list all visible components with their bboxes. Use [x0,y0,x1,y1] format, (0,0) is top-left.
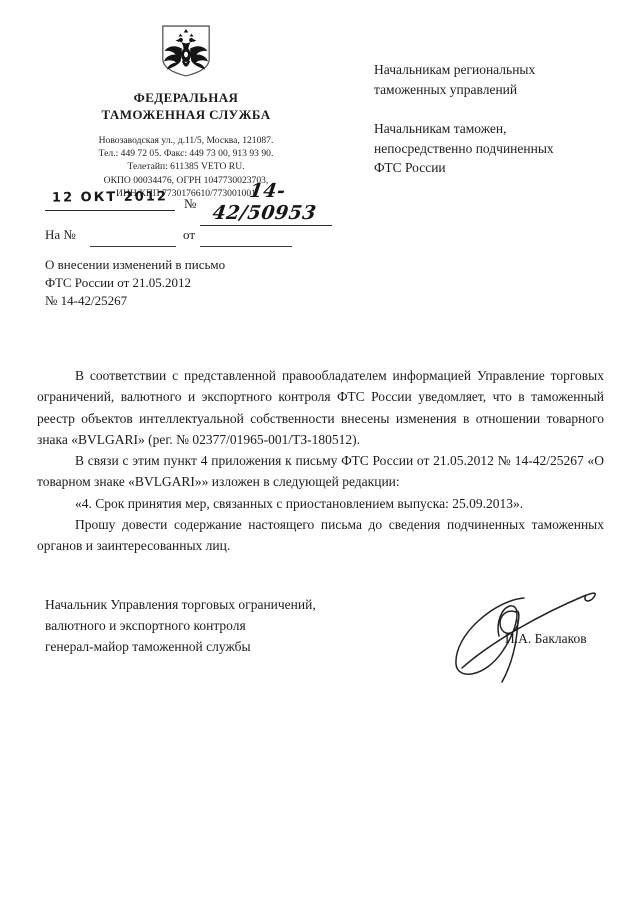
org-name-line1: ФЕДЕРАЛЬНАЯ [40,89,332,106]
signer-title-line: валютного и экспортного контроля [45,615,385,636]
reply-number-blank-line [90,246,176,247]
letter-body: В соответствии с представленной правообл… [37,365,604,557]
recipient-line: таможенных управлений [374,80,614,100]
date-stamp: 12 ОКТ 2012 [52,189,168,205]
body-paragraph: В соответствии с представленной правообл… [37,365,604,450]
signer-title-block: Начальник Управления торговых ограничени… [45,594,385,657]
reply-to-label: На № [45,227,76,243]
outgoing-number-handwritten: 14-42/50953 [197,180,335,224]
body-paragraph: Прошу довести содержание настоящего пись… [37,514,604,557]
outgoing-number-field: 14-42/50953 [200,180,332,226]
recipients-block: Начальникам региональных таможенных упра… [374,60,614,178]
address-line: Новозаводская ул., д.11/5, Москва, 12108… [40,134,332,147]
reply-from-label: от [183,227,195,243]
org-name-line2: ТАМОЖЕННАЯ СЛУЖБА [40,106,332,123]
recipient-line: ФТС России [374,158,614,178]
signer-name: П.А. Баклаков [505,631,587,647]
date-field: 12 ОКТ 2012 [45,188,175,211]
signer-title-line: генерал-майор таможенной службы [45,636,385,657]
letterhead: ФЕДЕРАЛЬНАЯ ТАМОЖЕННАЯ СЛУЖБА Новозаводс… [40,24,332,200]
recipient-line: Начальникам таможен, [374,119,614,139]
signer-title-line: Начальник Управления торговых ограничени… [45,594,385,615]
reply-date-blank-line [200,246,292,247]
official-letter-page: ФЕДЕРАЛЬНАЯ ТАМОЖЕННАЯ СЛУЖБА Новозаводс… [0,0,640,900]
subject-block: О внесении изменений в письмо ФТС России… [45,256,315,310]
subject-line: ФТС России от 21.05.2012 [45,274,315,292]
body-paragraph: «4. Срок принятия мер, связанных с приос… [37,493,604,514]
address-line: Тел.: 449 72 05. Факс: 449 73 00, 913 93… [40,147,332,160]
recipient-line: непосредственно подчиненных [374,139,614,159]
body-paragraph: В связи с этим пункт 4 приложения к пись… [37,450,604,493]
subject-line: № 14-42/25267 [45,292,315,310]
number-symbol: № [184,196,196,212]
coat-of-arms-icon [157,24,215,78]
recipient-line: Начальникам региональных [374,60,614,80]
subject-line: О внесении изменений в письмо [45,256,315,274]
address-line: Телетайп: 611385 VETO RU. [40,160,332,173]
